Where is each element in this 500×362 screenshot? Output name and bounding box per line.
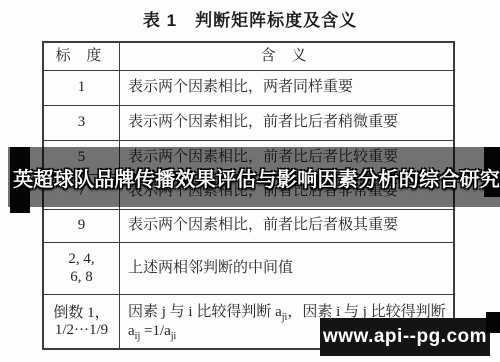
- header-meaning-label: 含 义: [261, 47, 313, 67]
- table-row: 3 表示两个因素相比，前者比后者稍微重要: [44, 105, 453, 140]
- table-header-row: 标 度 含 义: [44, 43, 453, 70]
- scale-value-line2: 6, 8: [70, 269, 93, 286]
- table-title: 表 1 判断矩阵标度及含义: [0, 6, 500, 31]
- scale-value-line1: 倒数 1，: [53, 305, 109, 322]
- meaning-text: 表示两个因素相比，前者比后者极其重要: [128, 216, 398, 236]
- watermark-black-block: [486, 312, 500, 333]
- header-scale: 标 度: [44, 43, 120, 70]
- meaning-text: 表示两个因素相比，前者比后者稍微重要: [128, 113, 398, 133]
- meaning-text: 上述两相邻判断的中间值: [128, 259, 293, 279]
- table-row: 1 表示两个因素相比，两者同样重要: [44, 70, 453, 105]
- article-title-banner: 英超球队品牌传播效果评估与影响因素分析的综合研究: [13, 147, 500, 207]
- table-row: 9 表示两个因素相比，前者比后者极其重要: [44, 209, 453, 242]
- watermark-badge: www.api--pg.com: [320, 318, 490, 356]
- meaning-text: 表示两个因素相比，两者同样重要: [128, 78, 353, 98]
- header-meaning: 含 义: [120, 43, 453, 70]
- header-scale-label: 标 度: [56, 48, 108, 65]
- scale-value: 3: [78, 114, 86, 131]
- scale-value-line2: 1/2···1/9: [55, 322, 108, 339]
- scale-value: 1: [78, 79, 86, 96]
- scale-value: 9: [78, 217, 86, 234]
- scale-value-line1: 2, 4,: [68, 251, 94, 268]
- table-row: 2, 4, 6, 8 上述两相邻判断的中间值: [44, 242, 453, 294]
